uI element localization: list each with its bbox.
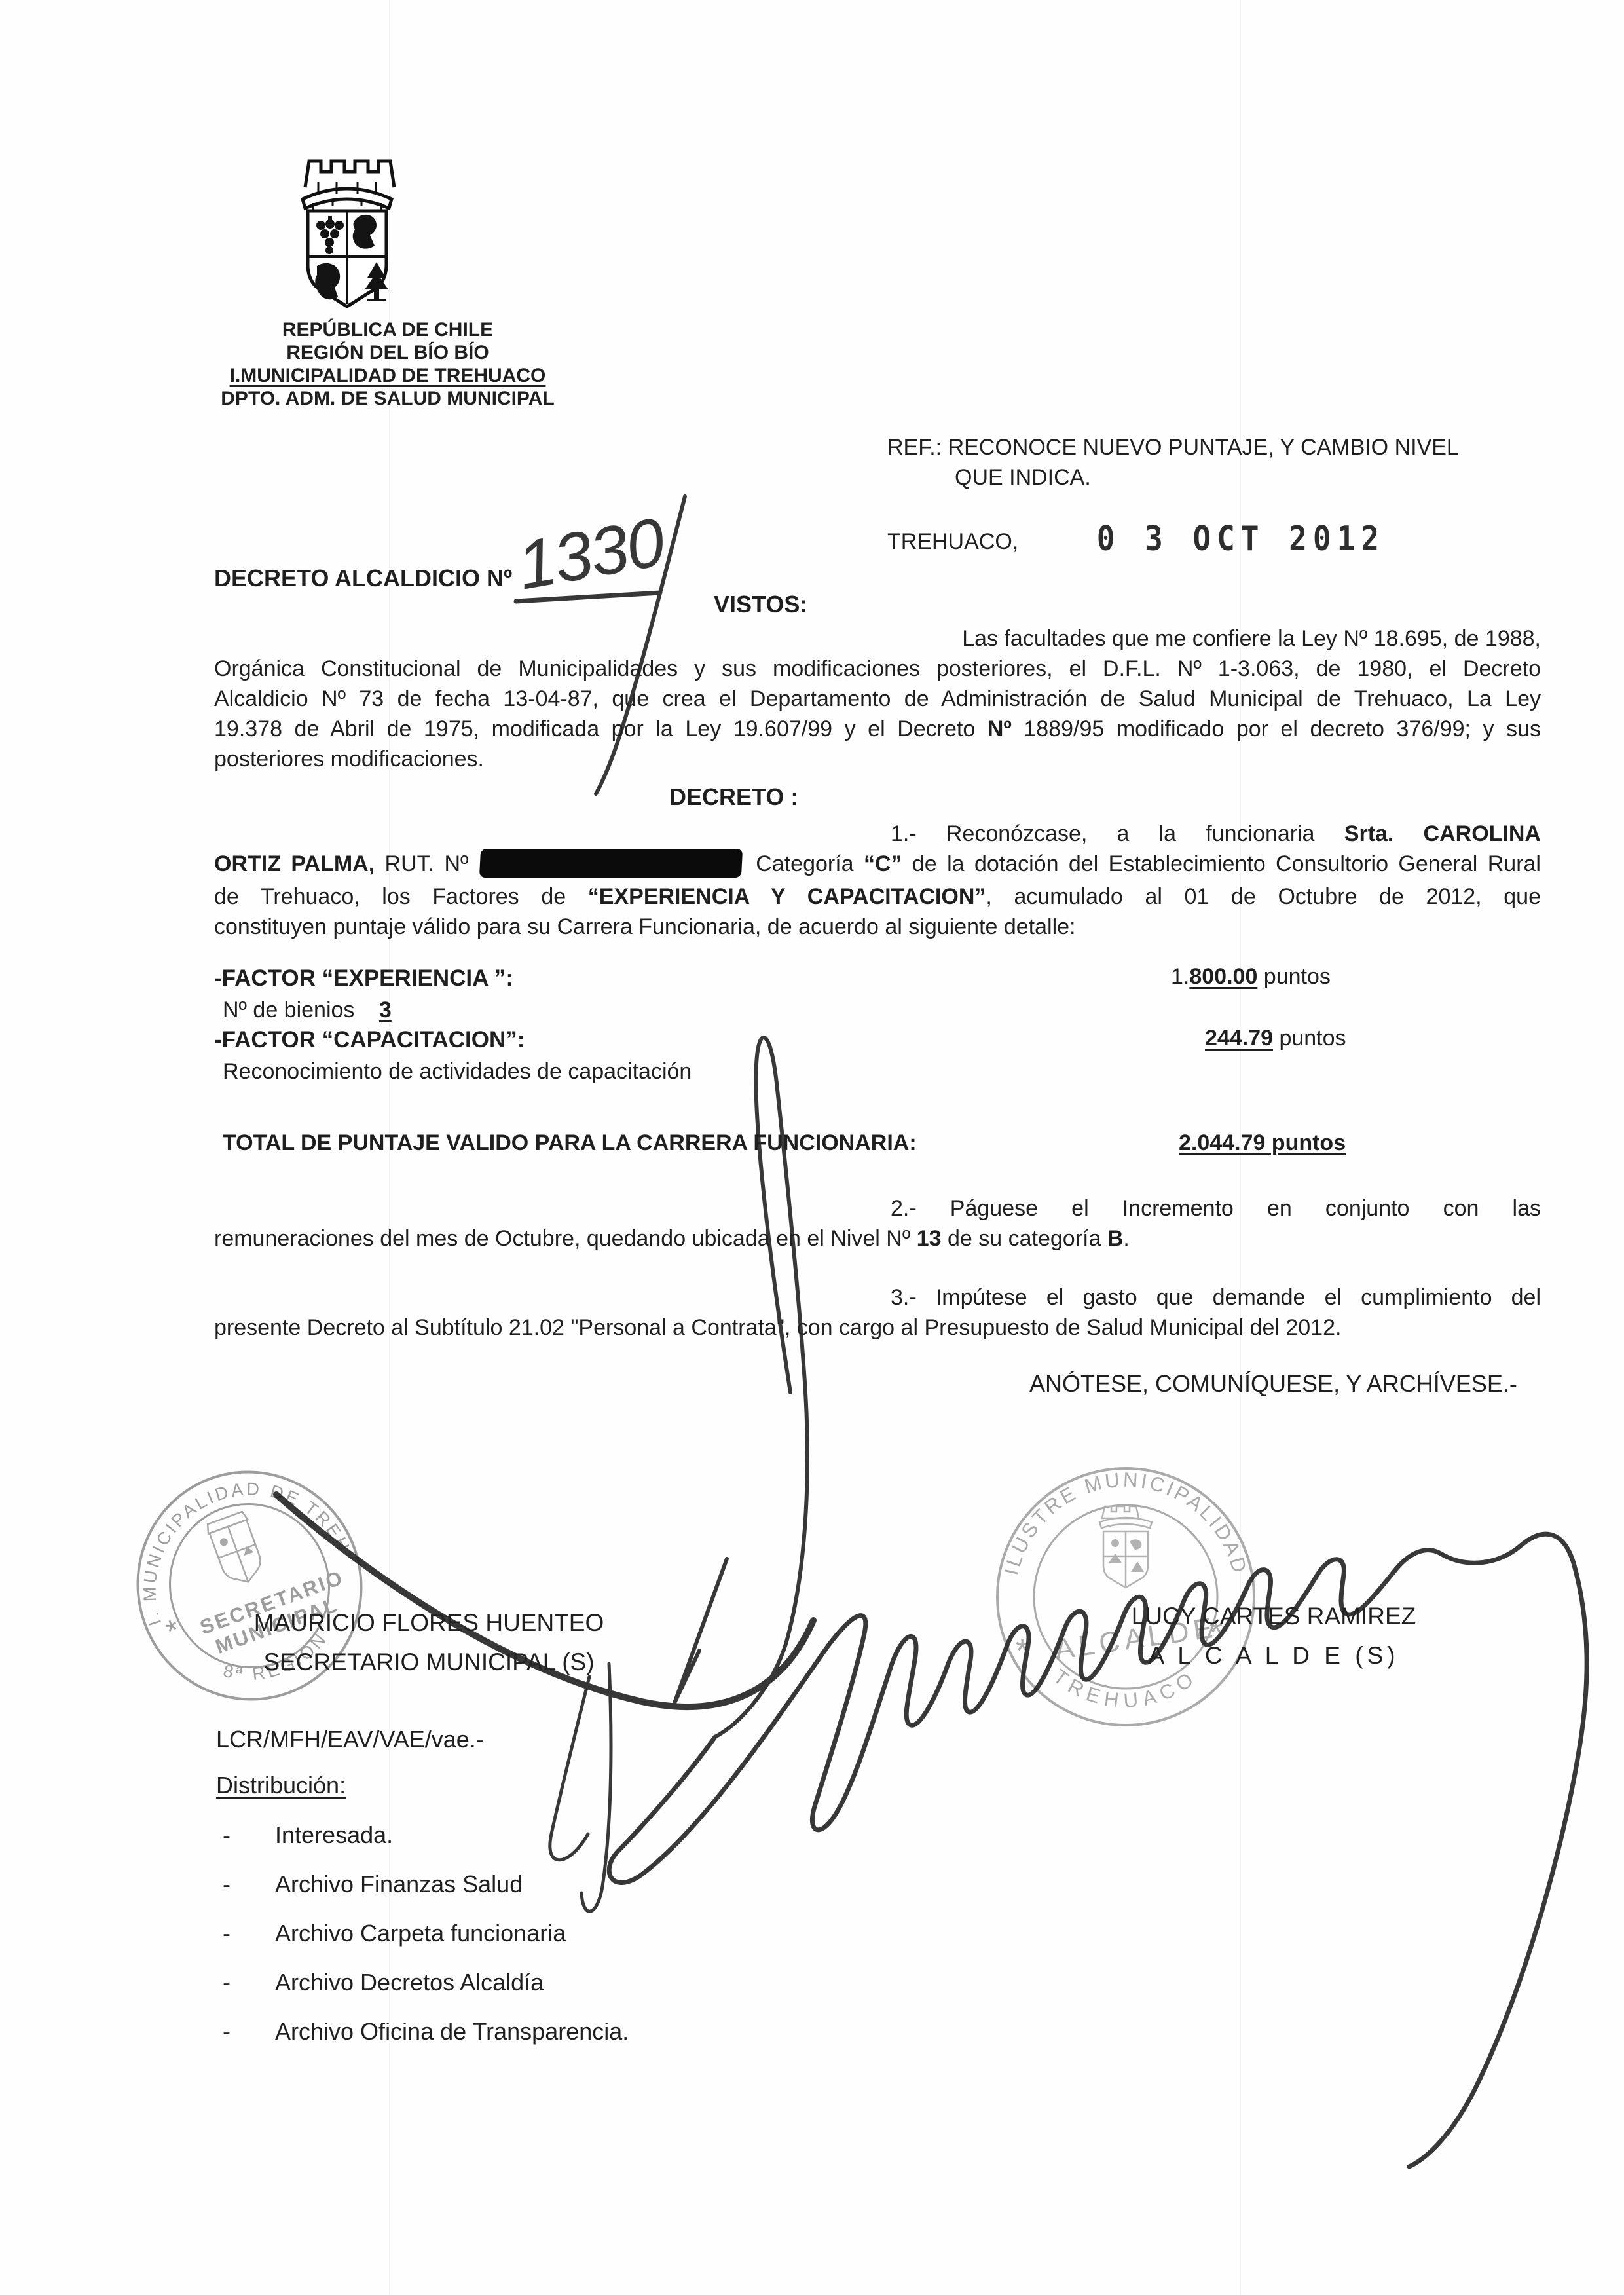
left-signature-block: MAURICIO FLORES HUENTEO SECRETARIO MUNIC… <box>216 1603 642 1682</box>
total-label: TOTAL DE PUNTAJE VALIDO PARA LA CARRERA … <box>223 1130 917 1156</box>
para2-line2: remuneraciones del mes de Octubre, queda… <box>214 1223 1541 1254</box>
initials-line: LCR/MFH/EAV/VAE/vae.- <box>216 1726 484 1753</box>
list-item: - Archivo Decretos Alcaldía <box>223 1969 629 2019</box>
bienios-line: Nº de bienios 3 <box>223 996 392 1024</box>
vistos-line: Orgánica Constitucional de Municipalidad… <box>214 654 1541 684</box>
para3-line1: 3.- Impútese el gasto que demande el cum… <box>891 1282 1541 1313</box>
list-item: - Archivo Carpeta funcionaria <box>223 1920 629 1969</box>
letterhead: REPÚBLICA DE CHILE REGIÓN DEL BÍO BÍO I.… <box>204 318 571 410</box>
factor-capacitacion-label: -FACTOR “CAPACITACION”: <box>214 1026 525 1054</box>
letterhead-municipality: I.MUNICIPALIDAD DE TREHUACO <box>204 364 571 387</box>
list-item: - Archivo Finanzas Salud <box>223 1871 629 1920</box>
right-stamp-crest-icon <box>1099 1506 1152 1588</box>
total-value: 2.044.79 puntos <box>1179 1130 1346 1156</box>
vistos-line: posteriores modificaciones. <box>214 744 1541 774</box>
paragraph-3: 3.- Impútese el gasto que demande el cum… <box>214 1282 1541 1343</box>
right-signature-block: LUCY CARTES RAMIREZ A L C A L D E (S) <box>1061 1597 1486 1675</box>
left-stamp-ring-text: I. MUNICIPALIDAD DE TREHUACO <box>109 1447 356 1629</box>
beast2-charge-icon <box>315 263 340 299</box>
scanned-decree-page: REPÚBLICA DE CHILE REGIÓN DEL BÍO BÍO I.… <box>0 0 1624 2295</box>
left-signer-name: MAURICIO FLORES HUENTEO <box>216 1603 642 1643</box>
bienios-value: 3 <box>379 998 392 1022</box>
decreto-line4: constituyen puntaje válido para su Carre… <box>214 912 1541 942</box>
factor-experiencia-label: -FACTOR “EXPERIENCIA ”: <box>214 964 513 993</box>
right-stamp-asterisk-left: * <box>1016 1632 1029 1670</box>
vistos-line: 19.378 de Abril de 1975, modificada por … <box>214 714 1541 744</box>
beast-charge-icon <box>353 215 377 249</box>
rut-redaction-bar <box>479 849 743 878</box>
right-signer-name: LUCY CARTES RAMIREZ <box>1061 1597 1486 1636</box>
decreto-line1: 1.- Reconózcase, a la funcionaria Srta. … <box>891 819 1541 849</box>
right-stamp-ring-top-text: ILUSTRE MUNICIPALIDAD <box>1000 1468 1252 1578</box>
capacitacion-sub-line: Reconocimiento de actividades de capacit… <box>223 1057 692 1086</box>
decreto-paragraph: 1.- Reconózcase, a la funcionaria Srta. … <box>214 819 1541 942</box>
factor-experiencia-points: 1.800.00 puntos <box>1171 964 1331 990</box>
ref-line1: REF.: RECONOCE NUEVO PUNTAJE, Y CAMBIO N… <box>887 432 1459 462</box>
handwritten-decree-number: 1330 <box>512 504 670 604</box>
decreto-label: DECRETO : <box>669 783 798 811</box>
vistos-line: Las facultades que me confiere la Ley Nº… <box>214 624 1541 654</box>
list-item: - Archivo Oficina de Transparencia. <box>223 2019 629 2068</box>
factor-capacitacion-points: 244.79 puntos <box>1205 1026 1346 1051</box>
letterhead-region: REGIÓN DEL BÍO BÍO <box>204 341 571 364</box>
decree-number-underline <box>516 593 660 601</box>
vistos-line: Alcaldicio Nº 73 de fecha 13-04-87, que … <box>214 684 1541 714</box>
svg-text:ILUSTRE MUNICIPALIDAD: ILUSTRE MUNICIPALIDAD <box>1000 1468 1252 1578</box>
closing-formula: ANÓTESE, COMUNÍQUESE, Y ARCHÍVESE.- <box>1029 1370 1517 1398</box>
svg-text:I. MUNICIPALIDAD DE TREHUACO: I. MUNICIPALIDAD DE TREHUACO <box>109 1447 356 1629</box>
distribution-title: Distribución: <box>216 1772 346 1799</box>
para3-line2: presente Decreto al Subtítulo 21.02 "Per… <box>214 1313 1541 1343</box>
left-signer-title: SECRETARIO MUNICIPAL (S) <box>216 1643 642 1682</box>
decreto-line3: de Trehuaco, los Factores de “EXPERIENCI… <box>214 882 1541 912</box>
decreto-line2: ORTIZ PALMA, RUT. Nº Categoría “C” de la… <box>214 849 1541 882</box>
ref-block: REF.: RECONOCE NUEVO PUNTAJE, Y CAMBIO N… <box>887 432 1459 493</box>
municipal-coat-of-arms-icon <box>280 148 414 318</box>
paragraph-2: 2.- Páguese el Incremento en conjunto co… <box>214 1193 1541 1254</box>
right-signer-title: A L C A L D E (S) <box>1061 1636 1486 1675</box>
letterhead-department: DPTO. ADM. DE SALUD MUNICIPAL <box>204 387 571 410</box>
decree-heading-label: DECRETO ALCALDICIO Nº <box>214 565 512 592</box>
secretario-municipal-stamp-icon: I. MUNICIPALIDAD DE TREHUACO 8ª REGION S… <box>109 1445 390 1726</box>
distribution-list: - Interesada. - Archivo Finanzas Salud -… <box>223 1822 629 2068</box>
left-stamp-asterisk: * <box>162 1613 185 1649</box>
list-item: - Interesada. <box>223 1822 629 1871</box>
letterhead-republic: REPÚBLICA DE CHILE <box>204 318 571 341</box>
date-stamp: 0 3 OCT 2012 <box>1097 519 1385 558</box>
vistos-paragraph: Las facultades que me confiere la Ley Nº… <box>214 624 1541 774</box>
place-city: TREHUACO, <box>887 529 1018 554</box>
para2-line1: 2.- Páguese el Incremento en conjunto co… <box>891 1193 1541 1223</box>
vistos-label: VISTOS: <box>714 591 807 618</box>
ref-line2: QUE INDICA. <box>887 462 1459 493</box>
place-date-line: TREHUACO, 0 3 OCT 2012 <box>887 521 1385 556</box>
